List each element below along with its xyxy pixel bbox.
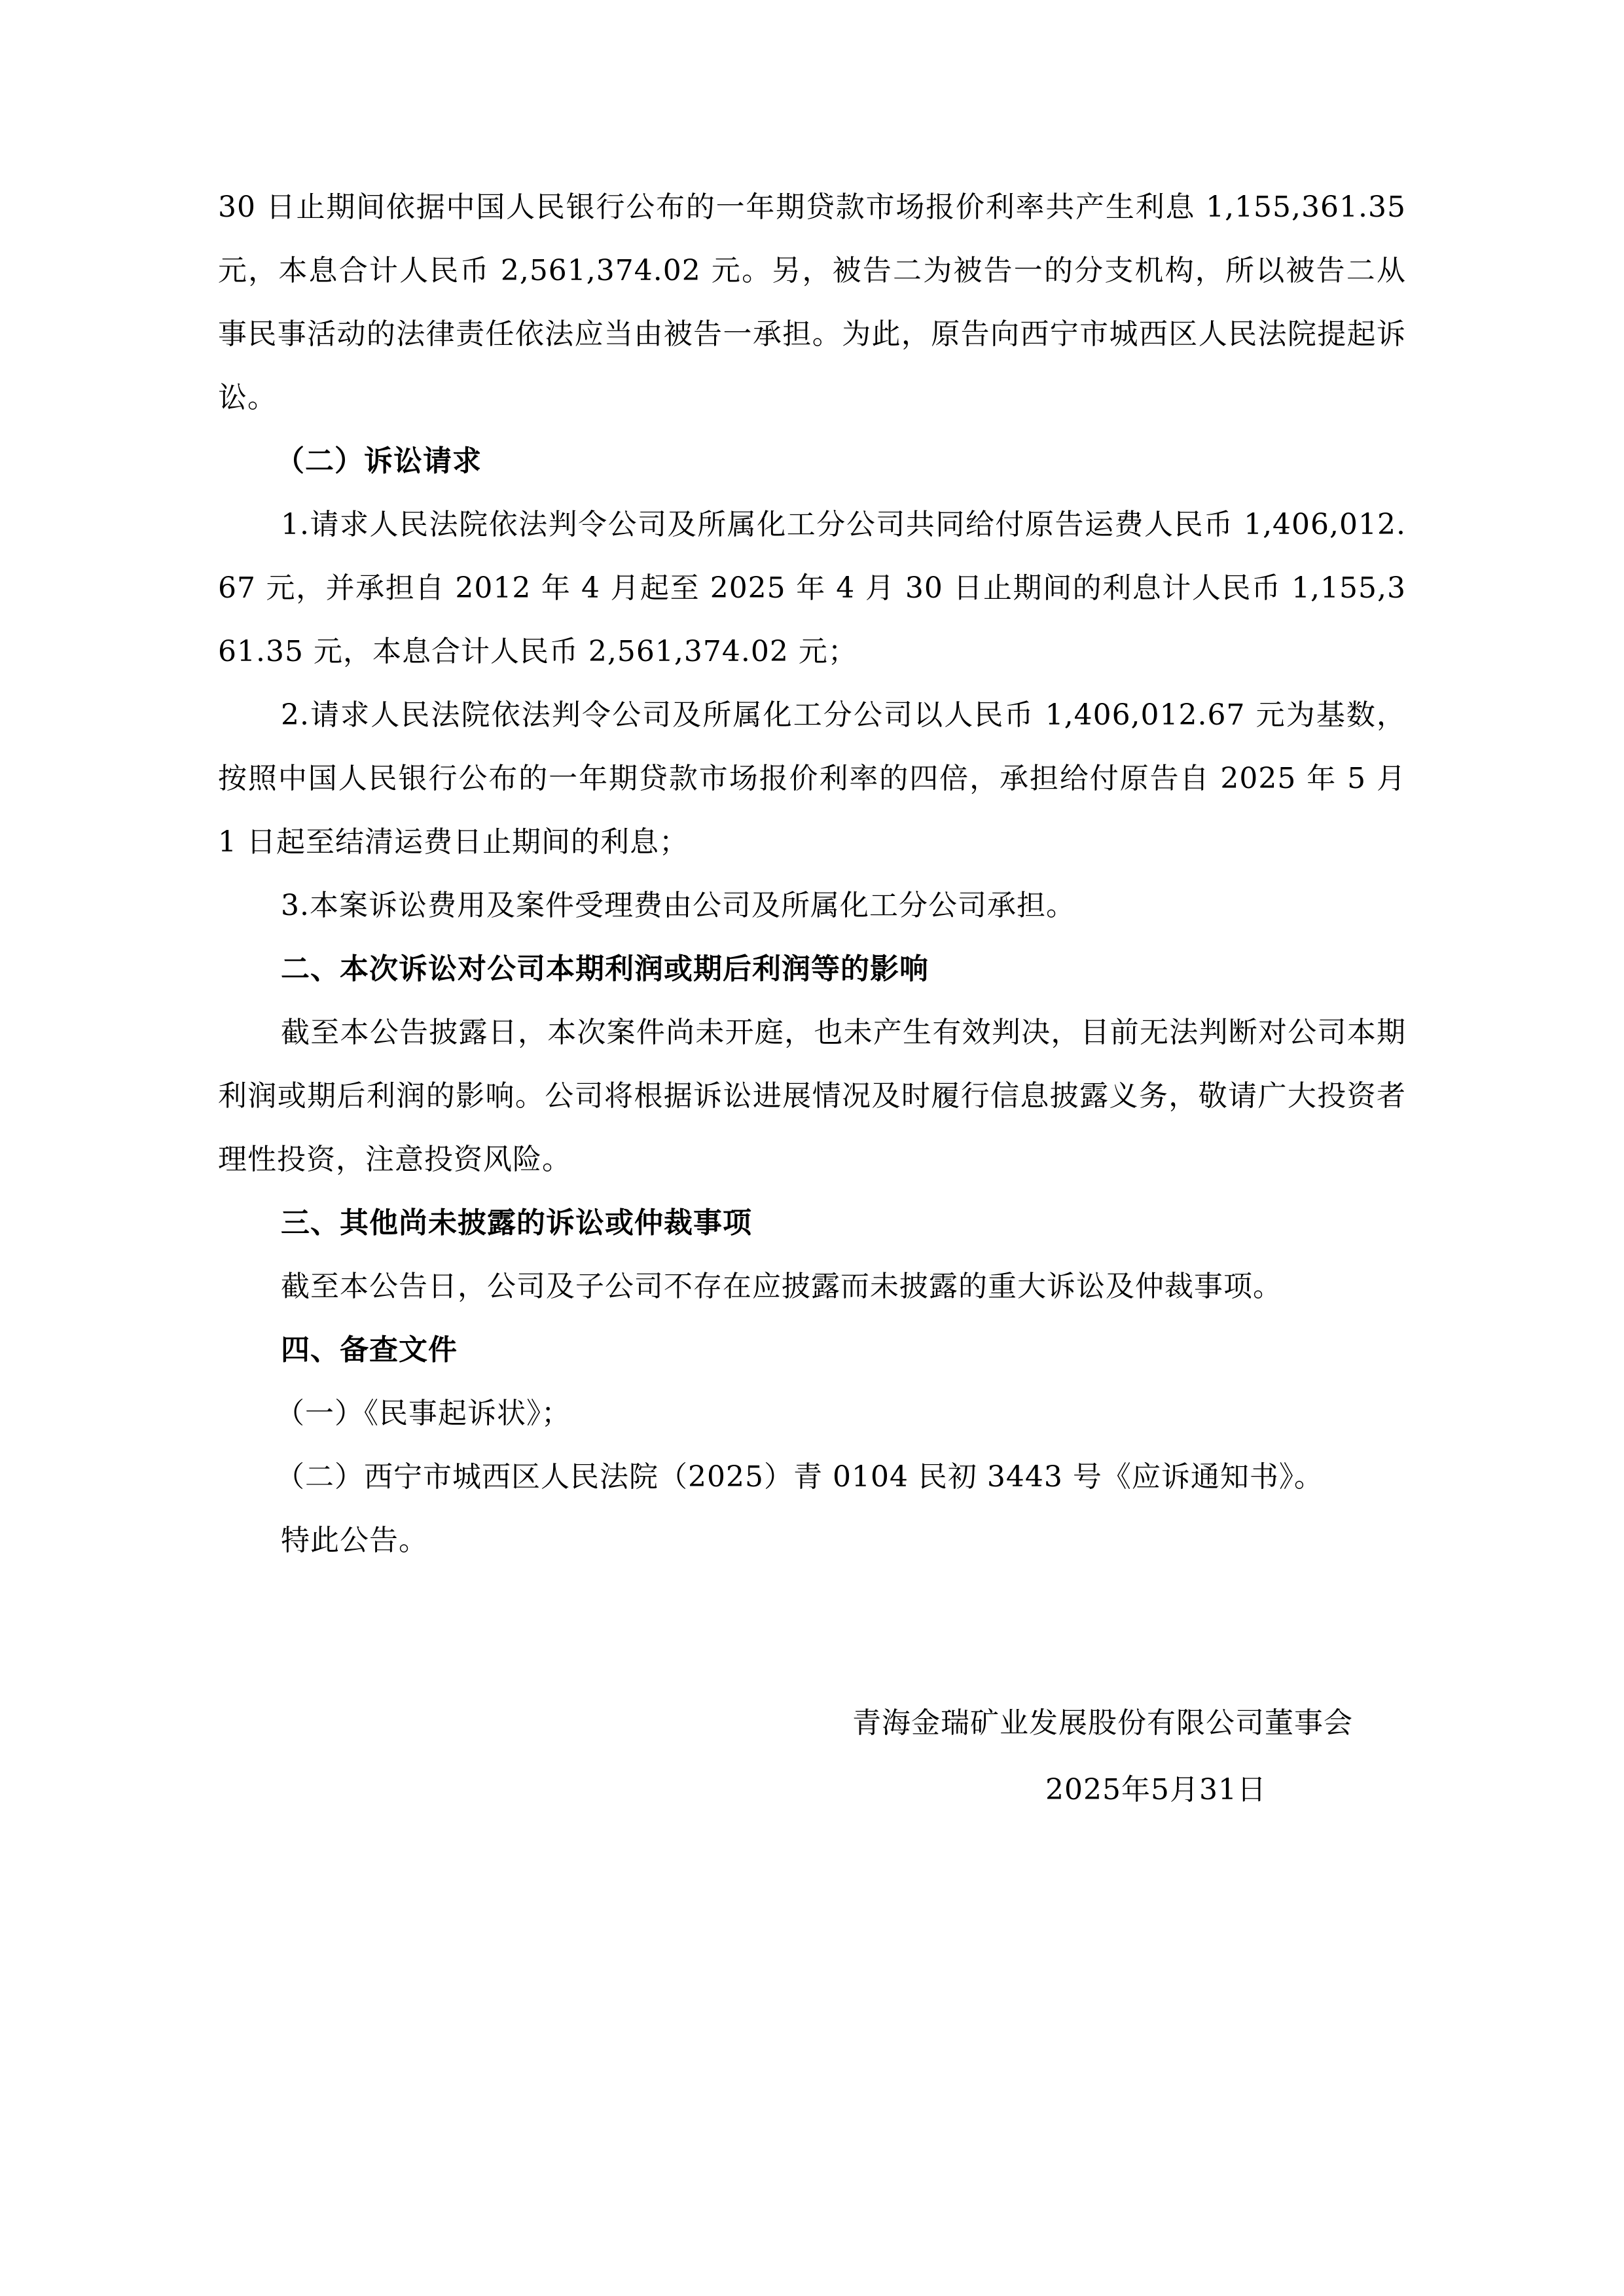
claim-item-1: 1.请求人民法院依法判令公司及所属化工分公司共同给付原告运费人民币 1,406,… (218, 493, 1406, 683)
section-body-other-litigation: 截至本公告日，公司及子公司不存在应披露而未披露的重大诉讼及仲裁事项。 (218, 1255, 1406, 1318)
claim-item-3: 3.本案诉讼费用及案件受理费由公司及所属化工分公司承担。 (218, 874, 1406, 937)
claim-item-2: 2.请求人民法院依法判令公司及所属化工分公司以人民币 1,406,012.67 … (218, 683, 1406, 874)
reference-file-1: （一）《民事起诉状》； (218, 1382, 1406, 1445)
paragraph-case-background: 30 日止期间依据中国人民银行公布的一年期贷款市场报价利率共产生利息 1,155… (218, 175, 1406, 429)
signature-organization: 青海金瑞矿业发展股份有限公司董事会 (852, 1704, 1353, 1743)
section-heading-impact: 二、本次诉讼对公司本期利润或期后利润等的影响 (218, 937, 1406, 1001)
section-heading-reference-files: 四、备查文件 (218, 1318, 1406, 1382)
document-page: 30 日止期间依据中国人民银行公布的一年期贷款市场报价利率共产生利息 1,155… (218, 175, 1406, 1572)
sub-heading-litigation-claims: （二）诉讼请求 (218, 429, 1406, 493)
section-body-impact: 截至本公告披露日，本次案件尚未开庭，也未产生有效判决，目前无法判断对公司本期利润… (218, 1001, 1406, 1191)
reference-file-2: （二）西宁市城西区人民法院（2025）青 0104 民初 3443 号《应诉通知… (218, 1445, 1406, 1509)
signature-date: 2025年5月31日 (1045, 1770, 1267, 1810)
closing-statement: 特此公告。 (218, 1509, 1406, 1572)
section-heading-other-litigation: 三、其他尚未披露的诉讼或仲裁事项 (218, 1191, 1406, 1255)
